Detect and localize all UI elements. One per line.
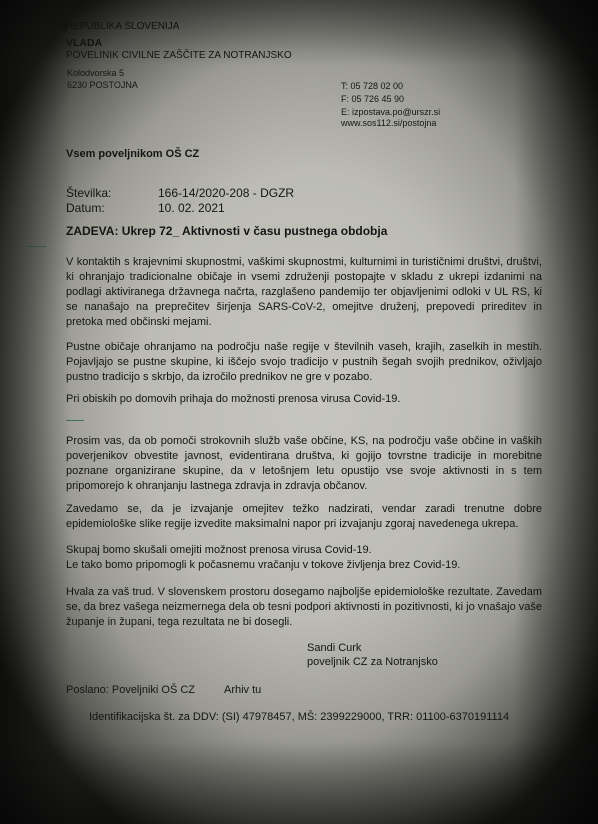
subject: ZADEVA: Ukrep 72_ Aktivnosti v času pust… [66, 224, 387, 238]
footer-tax-info: Identifikacijska št. za DDV: (SI) 479784… [89, 711, 509, 723]
paragraph-4: Prosim vas, da ob pomoči strokovnih služ… [66, 434, 542, 494]
margin-mark [28, 246, 46, 247]
paragraph-6b: Le tako bomo pripomogli k počasnemu vrač… [66, 558, 542, 573]
paragraph-1: V kontaktih s krajevnimi skupnostmi, vaš… [66, 255, 542, 330]
letterhead-government: VLADA [66, 37, 102, 49]
letterhead-office: POVELINIK CIVILNE ZAŠČITE ZA NOTRANJSKO [66, 50, 292, 61]
signature-name: Sandi Curk [307, 642, 361, 654]
letterhead-country: REPUBLIKA SLOVENIJA [66, 21, 179, 32]
number-value: 166-14/2020-208 - DGZR [158, 186, 294, 200]
paragraph-3: Pri obiskih po domovih prihaja do možnos… [66, 392, 542, 407]
contact-email: E: izpostava.po@urszr.si [341, 107, 440, 117]
signature-title: poveljnik CZ za Notranjsko [307, 656, 438, 668]
date-label: Datum: [66, 201, 105, 215]
margin-mark [66, 420, 84, 421]
date-value: 10. 02. 2021 [158, 201, 225, 215]
paragraph-6a: Skupaj bomo skušali omejiti možnost pren… [66, 543, 542, 558]
document-page: REPUBLIKA SLOVENIJA VLADA POVELINIK CIVI… [0, 0, 598, 824]
number-label: Številka: [66, 186, 111, 200]
archive-note: Arhiv tu [224, 684, 261, 696]
contact-fax: F: 05 726 45 90 [341, 94, 404, 104]
address-city: 6230 POSTOJNA [67, 80, 138, 90]
contact-phone: T: 05 728 02 00 [341, 81, 403, 91]
recipient: Vsem poveljnikom OŠ CZ [66, 148, 199, 160]
sent-to: Poslano: Poveljniki OŠ CZ [66, 684, 195, 696]
address-street: Kolodvorska 5 [67, 68, 124, 78]
paragraph-7: Hvala za vaš trud. V slovenskem prostoru… [66, 585, 542, 630]
paragraph-5: Zavedamo se, da je izvajanje omejitev te… [66, 502, 542, 532]
contact-website: www.sos112.si/postojna [341, 118, 436, 128]
paragraph-2: Pustne običaje ohranjamo na področju naš… [66, 340, 542, 385]
